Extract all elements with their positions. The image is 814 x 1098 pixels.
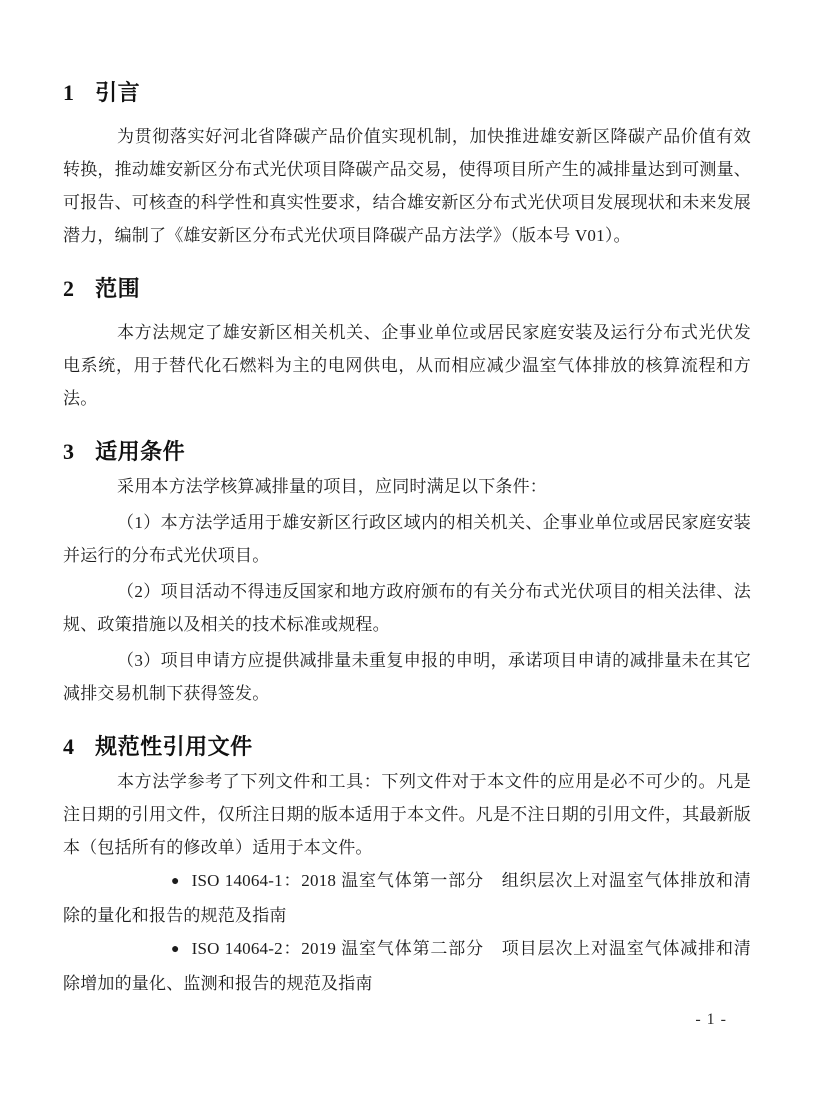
bullet-icon: ● xyxy=(117,865,180,898)
section-3-condition-2: （2）项目活动不得违反国家和地方政府颁布的有关分布式光伏项目的相关法律、法规、政… xyxy=(63,575,751,641)
section-3-intro-paragraph: 采用本方法学核算减排量的项目，应同时满足以下条件： xyxy=(63,470,751,503)
bullet-icon: ● xyxy=(117,933,180,966)
section-2-title: 范围 xyxy=(95,276,140,301)
section-3-number: 3 xyxy=(63,439,75,464)
section-introduction: 1 引言 为贯彻落实好河北省降碳产品价值实现机制，加快推进雄安新区降碳产品价值有… xyxy=(63,78,751,252)
reference-item-iso-14064-1: ●ISO 14064-1：2018 温室气体第一部分 组织层次上对温室气体排放和… xyxy=(63,864,751,932)
section-2-heading: 2 范围 xyxy=(63,274,751,304)
document-page: 1 引言 为贯彻落实好河北省降碳产品价值实现机制，加快推进雄安新区降碳产品价值有… xyxy=(0,0,814,1098)
section-3-condition-1: （1）本方法学适用于雄安新区行政区域内的相关机关、企事业单位或居民家庭安装并运行… xyxy=(63,506,751,572)
section-1-title: 引言 xyxy=(95,80,140,105)
section-1-paragraph: 为贯彻落实好河北省降碳产品价值实现机制，加快推进雄安新区降碳产品价值有效转换，推… xyxy=(63,120,751,252)
page-number: - 1 - xyxy=(0,1010,727,1030)
section-4-paragraph: 本方法学参考了下列文件和工具：下列文件对于本文件的应用是必不可少的。凡是注日期的… xyxy=(63,765,751,864)
section-4-heading: 4 规范性引用文件 xyxy=(63,732,751,762)
section-2-number: 2 xyxy=(63,276,75,301)
section-4-number: 4 xyxy=(63,734,75,759)
section-4-title: 规范性引用文件 xyxy=(95,734,253,759)
reference-item-iso-14064-2: ●ISO 14064-2：2019 温室气体第二部分 项目层次上对温室气体减排和… xyxy=(63,932,751,1000)
section-scope: 2 范围 本方法规定了雄安新区相关机关、企事业单位或居民家庭安装及运行分布式光伏… xyxy=(63,274,751,415)
section-3-title: 适用条件 xyxy=(95,439,185,464)
section-normative-references: 4 规范性引用文件 本方法学参考了下列文件和工具：下列文件对于本文件的应用是必不… xyxy=(63,732,751,1000)
section-1-number: 1 xyxy=(63,80,75,105)
section-applicable-conditions: 3 适用条件 采用本方法学核算减排量的项目，应同时满足以下条件： （1）本方法学… xyxy=(63,437,751,710)
section-3-condition-3: （3）项目申请方应提供减排量未重复申报的申明，承诺项目申请的减排量未在其它减排交… xyxy=(63,644,751,710)
section-2-paragraph: 本方法规定了雄安新区相关机关、企事业单位或居民家庭安装及运行分布式光伏发电系统，… xyxy=(63,316,751,415)
section-1-heading: 1 引言 xyxy=(63,78,751,108)
section-3-heading: 3 适用条件 xyxy=(63,437,751,467)
document-content: 1 引言 为贯彻落实好河北省降碳产品价值实现机制，加快推进雄安新区降碳产品价值有… xyxy=(0,0,814,1000)
